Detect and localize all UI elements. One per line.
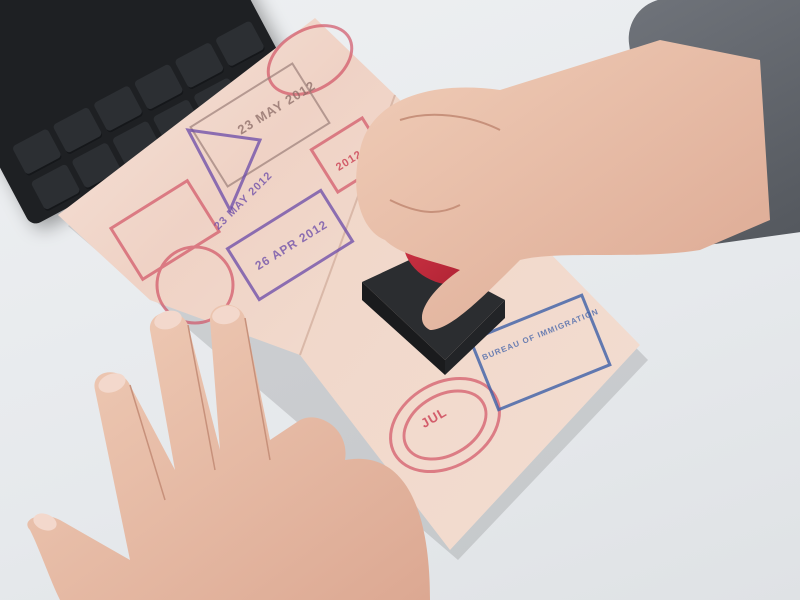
photo-scene: 23 MAY 2012 23 MAY 2012 26 APR 2012 2012… <box>0 0 800 600</box>
holding-hand <box>27 305 430 600</box>
hands-and-stamper <box>0 0 800 600</box>
